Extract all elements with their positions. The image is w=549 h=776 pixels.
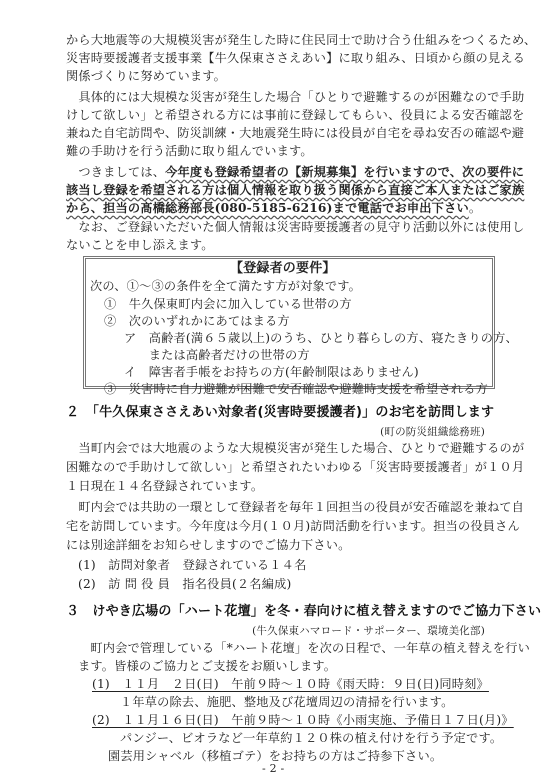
intro-line: 兼ねた自宅訪問や、防災訓練・大地震発生時には役員が自宅を尋ね安否の確認や避	[66, 125, 524, 142]
recruit-end: 。	[469, 201, 481, 215]
section-2-heading: ２ 「牛久保東ささえあい対象者(災害時要援護者)」のお宅を訪問します	[66, 404, 494, 421]
section-2-list-item: (2) 訪 問 役 員 指名役員(２名編成)	[78, 576, 291, 593]
section-2-line: 宅を訪問しています。今年度は今月(１０月)訪問活動を行います。担当の役員さん	[66, 518, 520, 535]
requirement-item: ② 次のいずれかにあてはまる方	[104, 313, 290, 330]
requirement-subitem: または高齢者だけの世帯の方	[124, 347, 310, 364]
intro-line: けして欲しい」と希望される方には事前に登録してもらい、役員による安否確認を	[66, 107, 524, 124]
recruit-contact: から、担当の髙橋総務部長(080-5185-6216)まで電話でお申出下さい	[66, 201, 469, 215]
page-number: - 2 -	[262, 760, 284, 776]
section-2-list-item: (1) 訪問対象者 登録されている１４名	[78, 557, 306, 574]
requirements-lead: 次の、①～③の条件を全て満たす方が対象です。	[90, 278, 361, 295]
section-2-line: には別途詳細をお知らせしますのでご協力下さい。	[66, 537, 351, 554]
schedule-item-1: (1) １１月 ２日(日) 午前９時～１０時《雨天時：９日(日)同時刻》	[92, 676, 489, 693]
schedule-detail-1: １年草の除去、施肥、整地及び花壇周辺の清掃を行います。	[120, 694, 454, 711]
section-3-line: 町内会で管理している「*ハート花壇」を次の日程で、一年草の植え替えを行い	[78, 640, 530, 657]
section-3-dept: (牛久保東ハマロード・サポーター、環境美化部)	[252, 623, 485, 640]
recruit-highlight: 該当し登録を希望される方は個人情報を取り扱う関係から直接ご本人またはご家族	[66, 182, 524, 199]
intro-line: 関係づくりに努めています。	[66, 68, 226, 85]
recruit-highlight: 今年度も登録希望者の【新規募集】を行いますので、次の要件に	[165, 165, 524, 179]
section-2-line: 当町内会では大地震のような大規模災害が発生した場合、ひとりで避難するのが	[66, 440, 524, 457]
section-3-line: ます。皆様のご協力とご支援をお願いします。	[78, 658, 336, 675]
intro-line: 具体的には大規模な災害が発生した場合「ひとりで避難するのが困難なので手助	[66, 89, 524, 106]
requirement-item: ③ 災害時に自力避難が困難で安否確認や避難時支援を希望される方	[104, 381, 488, 398]
schedule-item-2: (2) １１月１６日(日) 午前９時～１０時《小雨実施、予備日１７日(月)》	[92, 712, 514, 729]
intro-line: 災害時要援護者支援事業【牛久保東ささえあい】に取り組み、日頃から顔の見える	[66, 50, 525, 67]
privacy-line: ないことを申し添えます。	[66, 237, 214, 254]
section-3-heading: ３ けやき広場の「ハート花壇」を冬・春向けに植え替えますのでご協力下さい	[66, 603, 541, 620]
recruit-line: つきましては、今年度も登録希望者の【新規募集】を行いますので、次の要件に	[66, 164, 524, 181]
section-2-line: 困難なので手助けして欲しい」と希望されたいわゆる「災害時要援護者」が１０月	[66, 459, 524, 476]
intro-line: から大地震等の大規模災害が発生した時に住民同士で助け合う仕組みをつくるため、	[66, 32, 536, 49]
schedule-detail-2: パンジー、ビオラなど一年草約１２０株の植え付けを行う予定です。	[120, 730, 502, 747]
intro-line: 難の手助けを行う活動に取り組んでいます。	[66, 143, 313, 160]
requirement-item: ① 牛久保東町内会に加入している世帯の方	[104, 296, 352, 313]
requirement-subitem: イ 障害者手帳をお持ちの方(年齢制限はありません)	[124, 364, 419, 381]
recruit-line: から、担当の髙橋総務部長(080-5185-6216)まで電話でお申出下さい。	[66, 200, 481, 217]
recruit-prefix: つきましては、	[66, 165, 165, 179]
section-2-dept: (町の防災組織総務班)	[380, 424, 485, 441]
requirement-subitem: ア 高齢者(満６５歳以上)のうち、ひとり暮らしの方、寝たきりの方、	[124, 330, 518, 347]
section-2-line: １日現在１４名登録されています。	[66, 478, 263, 495]
requirements-title: 【登録者の要件】	[230, 260, 336, 277]
privacy-line: なお、ご登録いただいた個人情報は災害時要援護者の見守り活動以外には使用し	[66, 219, 524, 236]
section-2-line: 町内会では共助の一環として登録者を毎年１回担当の役員が安否確認を兼ねて自	[66, 499, 524, 516]
